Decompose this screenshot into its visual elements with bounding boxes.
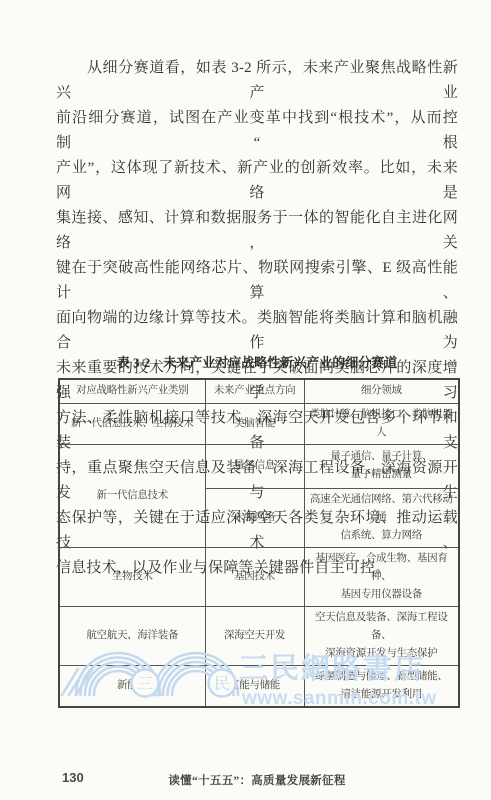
header-direction: 未来产业重点方向	[205, 379, 304, 403]
cell-subfields: 高速全光通信网络、第六代移动通 信系统、算力网络	[304, 488, 459, 547]
cell-category: 新一代信息技术	[59, 444, 205, 547]
cell-category: 新一代信息技术、生物技术	[59, 403, 205, 444]
table-row: 生物技术 基因技术 基因医疗、合成生物、基因育种、 基因专用仪器设备	[59, 547, 459, 606]
cell-direction: 基因技术	[205, 547, 304, 606]
subfields-table: 对应战略性新兴产业类别 未来产业重点方向 细分领域 新一代信息技术、生物技术 类…	[58, 378, 460, 708]
table-row: 新能源 氢能与储能 绿氢制造与储运、新型储能、 清洁能源开发利用	[59, 665, 459, 707]
table-header-row: 对应战略性新兴产业类别 未来产业重点方向 细分领域	[59, 379, 459, 403]
header-category: 对应战略性新兴产业类别	[59, 379, 205, 403]
table-row: 航空航天、海洋装备 深海空天开发 空天信息及装备、深海工程设备、 深海资源开发与…	[59, 606, 459, 665]
cell-subfields: 空天信息及装备、深海工程设备、 深海资源开发与生态保护	[304, 606, 459, 665]
cell-direction: 未来网络	[205, 488, 304, 547]
cell-direction: 氢能与储能	[205, 665, 304, 707]
paragraph-line: 键在于突破高性能网络芯片、物联网搜索引擎、E 级高性能计算、	[56, 256, 458, 306]
cell-subfields: 绿氢制造与储运、新型储能、 清洁能源开发利用	[304, 665, 459, 707]
table-row: 新一代信息技术 量子信息 量子通信、量子计算、 量子精密测量	[59, 444, 459, 488]
table-row: 新一代信息技术、生物技术 类脑智能 类脑计算、脑机接口、类脑机器人	[59, 403, 459, 444]
cell-direction: 类脑智能	[205, 403, 304, 444]
paragraph-line: 集连接、感知、计算和数据服务于一体的智能化自主进化网络，关	[56, 206, 458, 256]
cell-category: 生物技术	[59, 547, 205, 606]
table-title: 表 3-2 未来产业对应战略性新兴产业的细分赛道	[56, 352, 458, 371]
cell-subfields: 量子通信、量子计算、 量子精密测量	[304, 444, 459, 488]
book-page: 从细分赛道看，如表 3-2 所示，未来产业聚焦战略性新兴产业 前沿细分赛道，试图…	[0, 0, 491, 800]
footer-book-title: 读懂“十五五”：高质量发展新征程	[56, 772, 458, 788]
cell-category: 新能源	[59, 665, 205, 707]
header-subfield: 细分领域	[304, 379, 459, 403]
cell-direction: 深海空天开发	[205, 606, 304, 665]
paragraph-line: 从细分赛道看，如表 3-2 所示，未来产业聚焦战略性新兴产业	[56, 56, 458, 106]
paragraph-line: 面向物端的边缘计算等技术。类脑智能将类脑计算和脑机融合作为	[56, 306, 458, 356]
cell-category: 航空航天、海洋装备	[59, 606, 205, 665]
cell-direction: 量子信息	[205, 444, 304, 488]
paragraph-line: 产业”，这体现了新技术、新产业的创新效率。比如，未来网络是	[56, 156, 458, 206]
cell-subfields: 基因医疗、合成生物、基因育种、 基因专用仪器设备	[304, 547, 459, 606]
paragraph-line: 前沿细分赛道，试图在产业变革中找到“根技术”，从而控制“根	[56, 106, 458, 156]
cell-subfields: 类脑计算、脑机接口、类脑机器人	[304, 403, 459, 444]
